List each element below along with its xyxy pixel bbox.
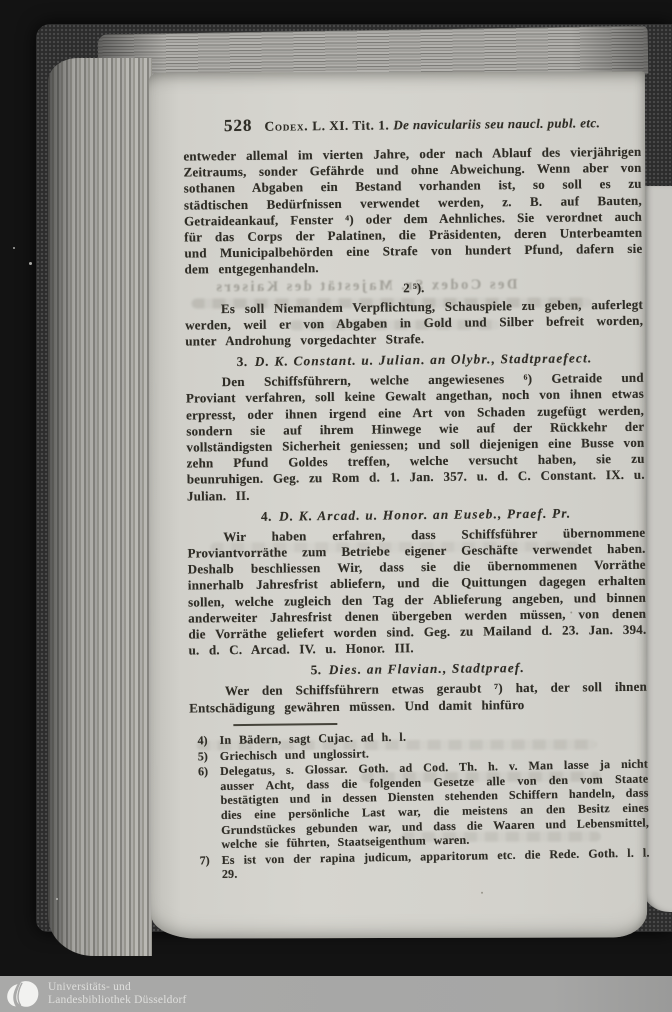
section-2-number: 2 ⁵). — [185, 277, 643, 298]
page-edges-fore-edge — [48, 58, 152, 956]
running-head-title-ref: L. XI. Tit. 1. — [312, 117, 389, 133]
page-text-column: 528 Codex. L. XI. Tit. 1. De navicularii… — [183, 112, 649, 884]
library-footer-bar: Universitäts- und Landesbibliothek Düsse… — [0, 976, 672, 1012]
footnote-separator-rule — [233, 723, 337, 726]
footnote-text: Es ist von der rapina judicum, apparitor… — [222, 845, 650, 882]
paragraph-section-2: Es soll Niemandem Verpflichtung, Schausp… — [185, 296, 643, 349]
section-5-number: 5. — [311, 663, 322, 678]
ulb-duesseldorf-logo-icon — [5, 976, 41, 1012]
section-4-heading: 4. D. K. Arcad. u. Honor. an Euseb., Pra… — [187, 505, 645, 526]
footnote-number: 6) — [190, 764, 222, 852]
footnote-text: Delegatus, s. Glossar. Goth. ad Cod. Th.… — [220, 757, 649, 852]
paragraph-section-4: Wir haben erfahren, dass Schiffsführer ü… — [187, 525, 646, 659]
footnotes-block: 4) In Bädern, sagt Cujac. ad h. l. 5) Gr… — [189, 725, 650, 882]
library-name-line2: Landesbibliothek Düsseldorf — [48, 994, 187, 1008]
library-name-line1: Universitäts- und — [48, 981, 187, 995]
section-3-title: D. K. Constant. u. Julian. an Olybr., St… — [255, 351, 593, 370]
running-head: 528 Codex. L. XI. Tit. 1. De navicularii… — [183, 112, 641, 137]
footnote-number: 5) — [190, 748, 220, 763]
foxing-spot — [481, 892, 483, 894]
dust-speck — [29, 262, 32, 265]
running-head-codex: Codex. — [264, 118, 308, 133]
page-number: 528 — [224, 116, 253, 135]
section-5-heading: 5. Dies. an Flavian., Stadtpraef. — [189, 659, 647, 680]
dust-speck — [13, 247, 15, 249]
library-name: Universitäts- und Landesbibliothek Düsse… — [48, 981, 187, 1008]
section-5-title: Dies. an Flavian., Stadtpraef. — [329, 660, 525, 677]
paragraph-continuation: entweder allemal im vierten Jahre, oder … — [183, 144, 642, 278]
dust-speck — [56, 898, 58, 900]
paragraph-section-5: Wer den Schiffsführern etwas geraubt ⁷) … — [189, 679, 647, 716]
scanned-book-page: Des Codex Sr. Majestät des Kaisers 528 C… — [149, 71, 647, 938]
section-4-number: 4. — [261, 509, 272, 524]
scan-photo-background: Des Codex Sr. Majestät des Kaisers 528 C… — [0, 0, 672, 1012]
paragraph-section-3: Den Schiffsführern, welche angewiesenes … — [186, 370, 645, 504]
footnote-number: 7) — [192, 853, 223, 883]
section-4-title: D. K. Arcad. u. Honor. an Euseb., Praef.… — [279, 505, 571, 523]
footnote: 6) Delegatus, s. Glossar. Goth. ad Cod. … — [190, 757, 649, 853]
section-3-heading: 3. D. K. Constant. u. Julian. an Olybr.,… — [185, 350, 643, 371]
running-head-latin-title: De naviculariis seu naucl. publ. etc. — [393, 115, 600, 132]
section-3-number: 3. — [237, 354, 248, 369]
footnote-number: 4) — [189, 733, 219, 748]
